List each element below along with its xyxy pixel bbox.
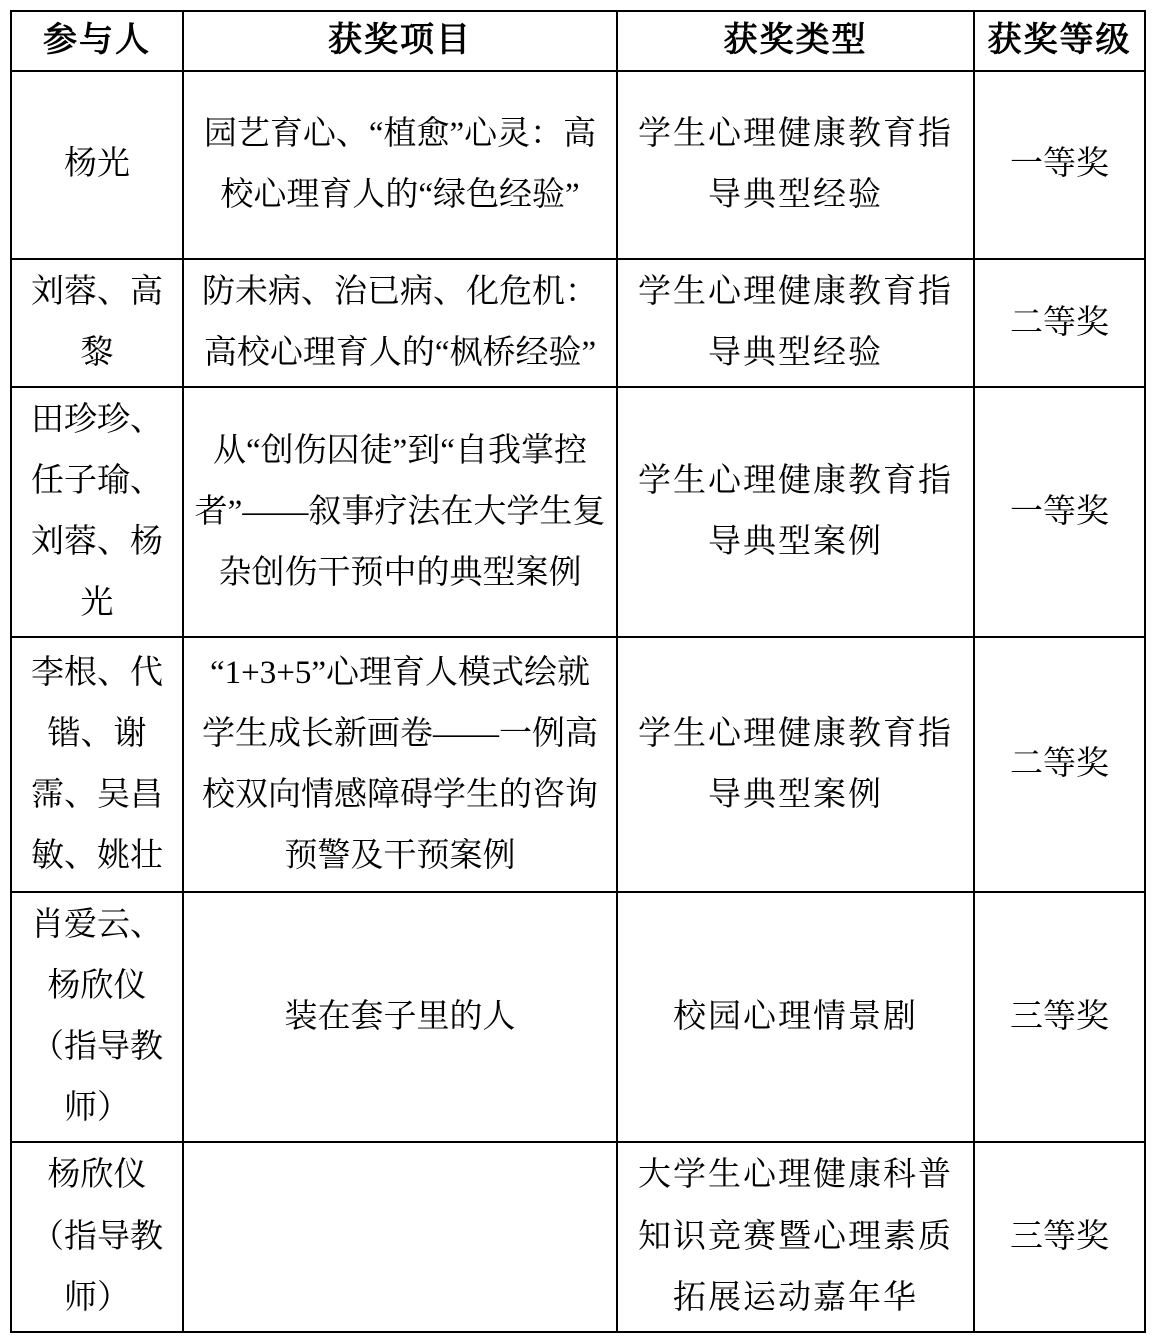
cell-grade: 一等奖 bbox=[974, 387, 1145, 637]
cell-project: “1+3+5”心理育人模式绘就学生成长新画卷——一例高校双向情感障碍学生的咨询预… bbox=[183, 637, 617, 892]
table-header-row: 参与人 获奖项目 获奖类型 获奖等级 bbox=[11, 11, 1145, 71]
cell-participants: 杨欣仪（指导教师） bbox=[11, 1142, 183, 1331]
document-page: 参与人 获奖项目 获奖类型 获奖等级 杨光 园艺育心、“植愈”心灵：高校心理育人… bbox=[0, 0, 1154, 1336]
cell-grade: 三等奖 bbox=[974, 1142, 1145, 1331]
cell-grade: 二等奖 bbox=[974, 637, 1145, 892]
cell-grade: 三等奖 bbox=[974, 892, 1145, 1142]
cell-grade: 二等奖 bbox=[974, 259, 1145, 387]
header-type: 获奖类型 bbox=[617, 11, 974, 71]
cell-project: 从“创伤囚徒”到“自我掌控者”——叙事疗法在大学生复杂创伤干预中的典型案例 bbox=[183, 387, 617, 637]
cell-type: 校园心理情景剧 bbox=[617, 892, 974, 1142]
awards-table: 参与人 获奖项目 获奖类型 获奖等级 杨光 园艺育心、“植愈”心灵：高校心理育人… bbox=[10, 10, 1146, 1333]
header-grade: 获奖等级 bbox=[974, 11, 1145, 71]
cell-type: 学生心理健康教育指导典型经验 bbox=[617, 259, 974, 387]
cell-type: 大学生心理健康科普知识竞赛暨心理素质拓展运动嘉年华 bbox=[617, 1142, 974, 1331]
cell-project: 防未病、治已病、化危机：高校心理育人的“枫桥经验” bbox=[183, 259, 617, 387]
cell-participants: 肖爱云、杨欣仪（指导教师） bbox=[11, 892, 183, 1142]
table-row: 李根、代锴、谢霈、吴昌敏、姚壮 “1+3+5”心理育人模式绘就学生成长新画卷——… bbox=[11, 637, 1145, 892]
header-participants: 参与人 bbox=[11, 11, 183, 71]
cell-type: 学生心理健康教育指导典型案例 bbox=[617, 637, 974, 892]
cell-participants: 李根、代锴、谢霈、吴昌敏、姚壮 bbox=[11, 637, 183, 892]
cell-participants: 田珍珍、任子瑜、刘蓉、杨光 bbox=[11, 387, 183, 637]
cell-grade: 一等奖 bbox=[974, 71, 1145, 259]
table-row: 刘蓉、高黎 防未病、治已病、化危机：高校心理育人的“枫桥经验” 学生心理健康教育… bbox=[11, 259, 1145, 387]
header-project: 获奖项目 bbox=[183, 11, 617, 71]
table-row: 肖爱云、杨欣仪（指导教师） 装在套子里的人 校园心理情景剧 三等奖 bbox=[11, 892, 1145, 1142]
cell-project: 园艺育心、“植愈”心灵：高校心理育人的“绿色经验” bbox=[183, 71, 617, 259]
cell-project bbox=[183, 1142, 617, 1331]
cell-participants: 杨光 bbox=[11, 71, 183, 259]
cell-project: 装在套子里的人 bbox=[183, 892, 617, 1142]
cell-type: 学生心理健康教育指导典型案例 bbox=[617, 387, 974, 637]
cell-participants: 刘蓉、高黎 bbox=[11, 259, 183, 387]
table-row: 田珍珍、任子瑜、刘蓉、杨光 从“创伤囚徒”到“自我掌控者”——叙事疗法在大学生复… bbox=[11, 387, 1145, 637]
table-row: 杨欣仪（指导教师） 大学生心理健康科普知识竞赛暨心理素质拓展运动嘉年华 三等奖 bbox=[11, 1142, 1145, 1331]
table-row: 杨光 园艺育心、“植愈”心灵：高校心理育人的“绿色经验” 学生心理健康教育指导典… bbox=[11, 71, 1145, 259]
cell-type: 学生心理健康教育指导典型经验 bbox=[617, 71, 974, 259]
